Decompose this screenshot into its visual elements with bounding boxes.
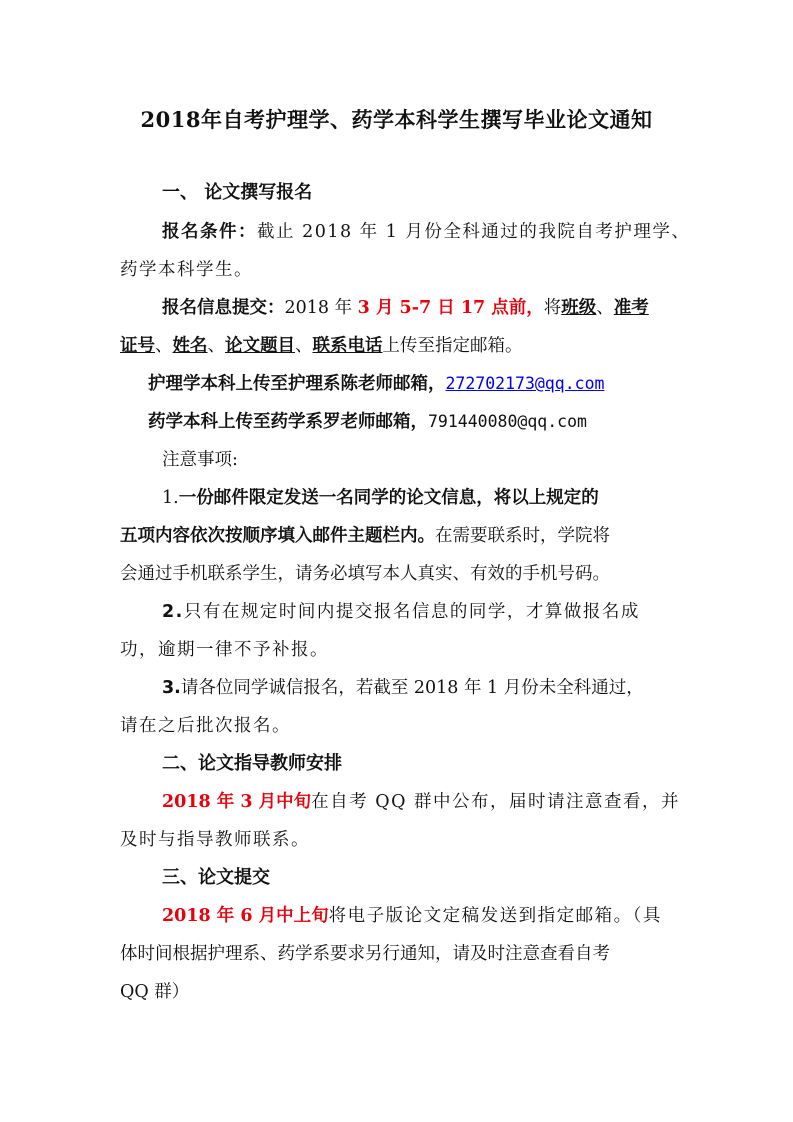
- section2-line1: 2018 年 3 月中旬在自考 QQ 群中公布，届时请注意查看，并: [162, 790, 680, 814]
- pharmacy-email-line: 药学本科上传至药学系罗老师邮箱，791440080@qq.com: [148, 410, 587, 434]
- note3-number: 3.: [162, 678, 181, 698]
- nursing-email-line: 护理学本科上传至护理系陈老师邮箱，272702173@qq.com: [148, 372, 604, 396]
- separator: 、: [155, 336, 173, 356]
- note2-line2: 功，逾期一律不予补报。: [120, 638, 329, 662]
- separator: 、: [295, 336, 313, 356]
- field-phone: 联系电话: [313, 336, 383, 356]
- section2-text: 在自考 QQ 群中公布，届时请注意查看，并: [311, 792, 680, 812]
- note2-line1: 2.只有在规定时间内提交报名信息的同学，才算做报名成: [162, 600, 640, 624]
- nursing-email-link[interactable]: 272702173@qq.com: [446, 374, 605, 393]
- section3-line3: QQ 群）: [120, 980, 189, 1004]
- field-name: 姓名: [173, 336, 208, 356]
- submit-paragraph: 报名信息提交：2018 年 3 月 5-7 日 17 点前，将班级、准考: [162, 296, 649, 320]
- note1-number: 1.: [162, 488, 179, 508]
- condition-text: 截止 2018 年 1 月份全科通过的我院自考护理学、: [257, 222, 690, 242]
- separator: 、: [596, 298, 614, 318]
- separator: 、: [208, 336, 226, 356]
- submit-deadline: 3 月 5-7 日 17 点前，: [358, 298, 544, 318]
- section3-date: 2018 年 6 月中上旬: [162, 906, 329, 926]
- note1-line1: 1.一份邮件限定发送一名同学的论文信息，将以上规定的: [162, 486, 599, 510]
- section2-heading: 二、论文指导教师安排: [162, 752, 342, 776]
- nursing-text: 护理学本科上传至护理系陈老师邮箱，: [148, 374, 446, 394]
- note2-text: 只有在规定时间内提交报名信息的同学，才算做报名成: [184, 602, 640, 622]
- condition-text-line2: 药学本科学生。: [120, 258, 253, 282]
- field-class: 班级: [561, 298, 596, 318]
- note1-bold-text: 一份邮件限定发送一名同学的论文信息，将以上规定的: [179, 488, 599, 508]
- note1-bold-text-2: 五项内容依次按顺序填入邮件主题栏内。: [120, 526, 435, 546]
- submit-suffix: 上传至指定邮箱。: [383, 336, 523, 356]
- section3-line2: 体时间根据护理系、药学系要求另行通知，请及时注意查看自考: [120, 942, 610, 966]
- note1-line2: 五项内容依次按顺序填入邮件主题栏内。在需要联系时，学院将: [120, 524, 610, 548]
- notes-heading: 注意事项:: [162, 448, 238, 472]
- condition-paragraph: 报名条件：截止 2018 年 1 月份全科通过的我院自考护理学、: [162, 220, 690, 244]
- note1-rest-text: 在需要联系时，学院将: [435, 526, 610, 546]
- section1-heading: 一、 论文撰写报名: [162, 181, 312, 205]
- section3-heading: 三、论文提交: [162, 866, 270, 890]
- note2-number: 2.: [162, 602, 184, 622]
- section3-line1: 2018 年 6 月中上旬将电子版论文定稿发送到指定邮箱。（具: [162, 904, 662, 928]
- field-exam-id-part1: 准考: [614, 298, 649, 318]
- note3-line1: 3.请各位同学诚信报名，若截至 2018 年 1 月份未全科通过，: [162, 676, 644, 700]
- submit-paragraph-line2: 证号、姓名、论文题目、联系电话上传至指定邮箱。: [120, 334, 523, 358]
- section2-line2: 及时与指导教师联系。: [120, 828, 310, 852]
- pharmacy-text: 药学本科上传至药学系罗老师邮箱，: [148, 412, 428, 432]
- pharmacy-email: 791440080@qq.com: [428, 412, 587, 431]
- submit-label: 报名信息提交：: [162, 298, 285, 318]
- section2-date: 2018 年 3 月中旬: [162, 792, 311, 812]
- note1-line3: 会通过手机联系学生，请务必填写本人真实、有效的手机号码。: [120, 562, 610, 586]
- document-page: 2018年自考护理学、药学本科学生撰写毕业论文通知 一、 论文撰写报名 报名条件…: [0, 0, 793, 1122]
- note3-line2: 请在之后批次报名。: [120, 714, 291, 738]
- field-exam-id-part2: 证号: [120, 336, 155, 356]
- note3-text: 请各位同学诚信报名，若截至 2018 年 1 月份未全科通过，: [181, 678, 644, 698]
- submit-prefix: 2018 年: [285, 298, 358, 318]
- field-thesis-title: 论文题目: [225, 336, 295, 356]
- condition-label: 报名条件：: [162, 222, 257, 242]
- document-title: 2018年自考护理学、药学本科学生撰写毕业论文通知: [0, 108, 793, 132]
- section3-text: 将电子版论文定稿发送到指定邮箱。（具: [329, 906, 662, 926]
- submit-will: 将: [544, 298, 562, 318]
